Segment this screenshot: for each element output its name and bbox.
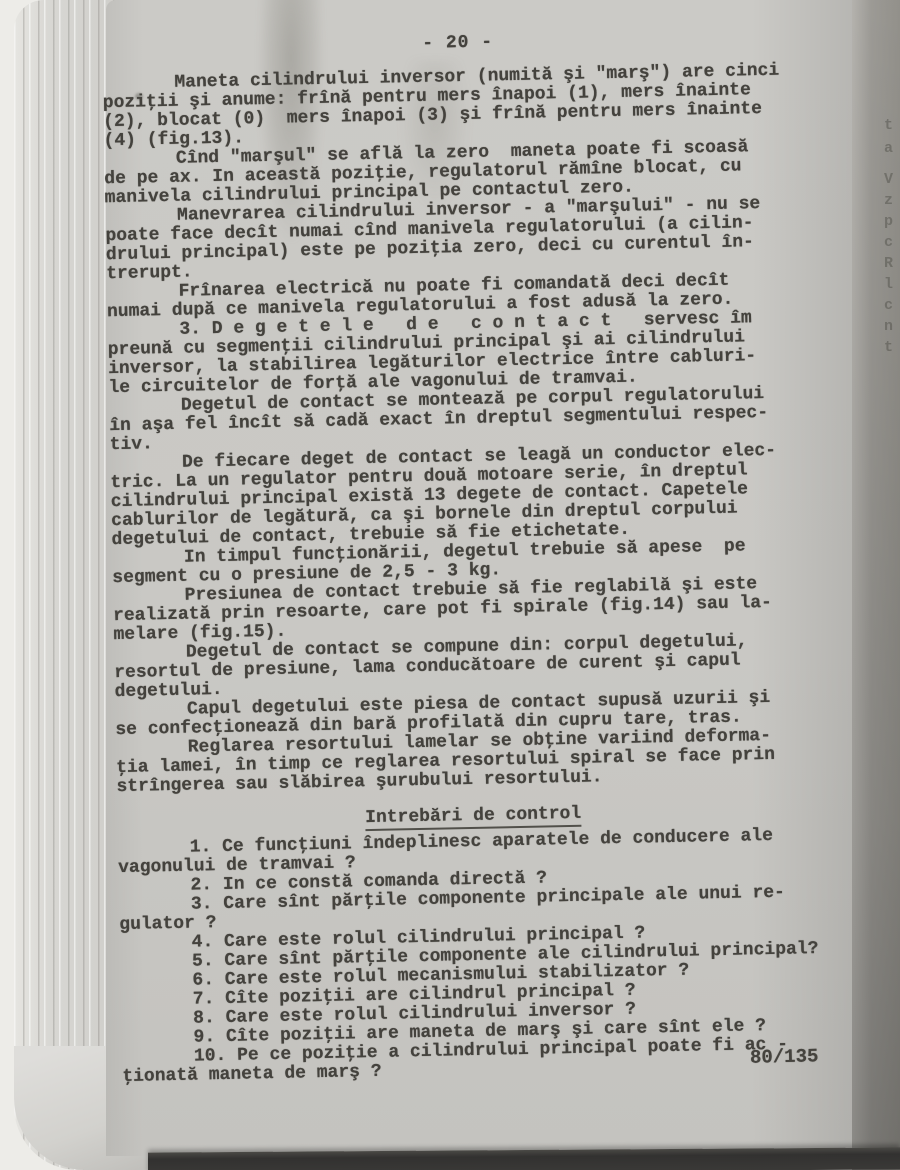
page-footer-number: 80/135 (750, 1045, 819, 1068)
facing-page-letter: t (884, 118, 893, 134)
facing-page-letter: n (884, 319, 893, 335)
book-page-edges-left (14, 0, 118, 1170)
facing-page-letter: c (884, 235, 893, 251)
facing-page-letter: l (884, 277, 893, 293)
facing-page-text-fragments: taVzpcRlcnt (884, 0, 900, 400)
facing-page-letter: p (884, 214, 893, 230)
facing-page-letter: z (884, 193, 893, 209)
facing-page-letter: V (884, 172, 893, 188)
facing-page-letter: t (884, 340, 893, 356)
facing-page-letter: a (884, 141, 893, 157)
facing-page-letter: R (884, 256, 893, 272)
page-lines: - 20 -Maneta cilindrului inversor (numit… (102, 27, 835, 1087)
section-heading-underlined-text: Intrebări de control (365, 804, 581, 831)
facing-page-letter: c (884, 298, 893, 314)
